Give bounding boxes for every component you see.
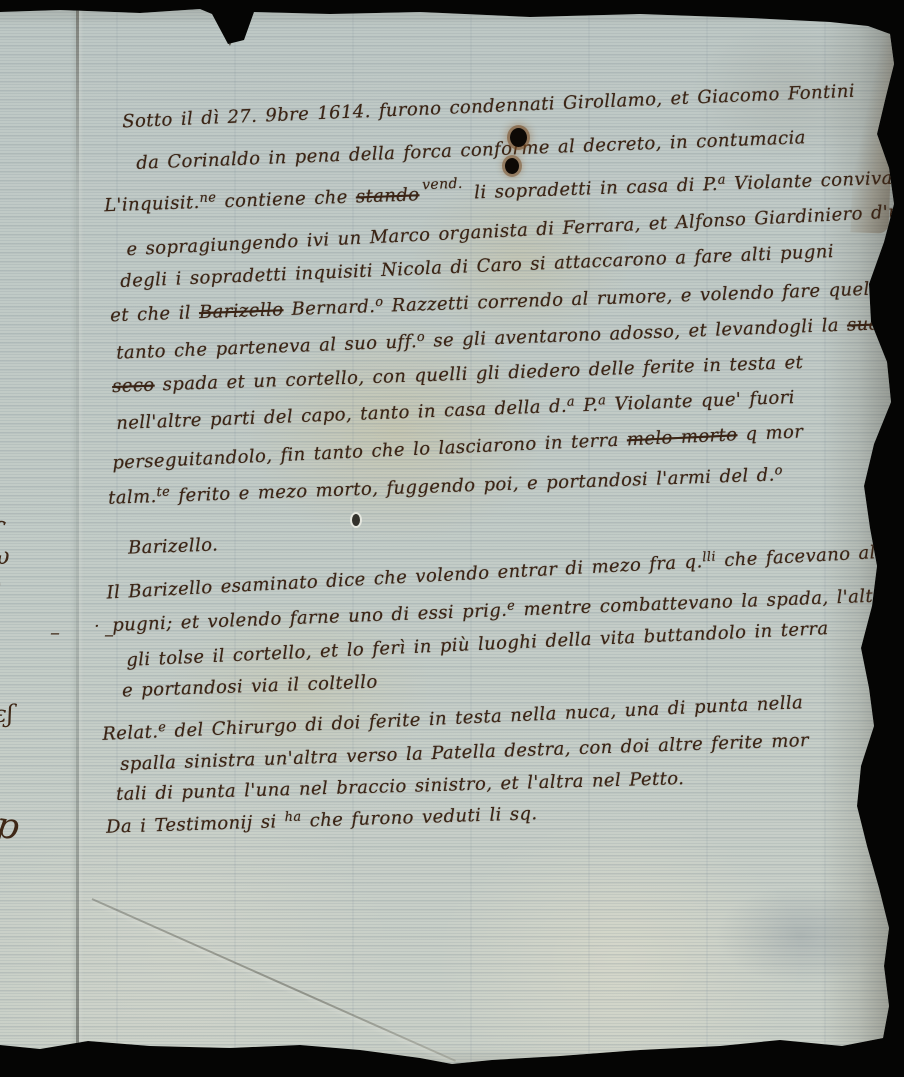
interlinear-insertion: o	[774, 463, 783, 478]
handwriting-text: Da i Testimonij si	[106, 811, 285, 838]
interlinear-insertion: e	[158, 720, 167, 735]
margin-fragment: –	[104, 622, 114, 646]
handwriting-text: spada et un cortello, con quelli gli die…	[154, 352, 803, 396]
margin-fragment: –	[50, 620, 60, 644]
handwriting-text: tanto che parteneva al suo uff.	[116, 331, 418, 364]
ink-burn-hole	[505, 158, 519, 174]
margin-fragment: )	[0, 569, 5, 600]
strikethrough-text: stando	[356, 184, 420, 207]
handwriting-text: che furono veduti li sq.	[301, 803, 538, 831]
small-paper-hole	[352, 514, 360, 526]
handwriting-text: li sopradetti in casa di P.	[466, 174, 719, 204]
handwriting-text: Violante convivasse	[726, 167, 904, 195]
strikethrough-text: seco	[112, 375, 155, 397]
handwriting-line: Sotto il dì 27. 9bre 1614. furono conden…	[122, 81, 855, 133]
handwriting-text: contiene che	[216, 187, 356, 213]
handwriting-text: se gli aventarono adosso, et levandogli …	[425, 315, 848, 352]
handwriting-text: perseguitandolo, fin tanto che lo lascia…	[112, 429, 627, 473]
ink-burn-hole	[510, 128, 527, 147]
margin-fragment: ɛʃ	[0, 700, 13, 728]
handwriting-text: pugni; et volendo farne uno di essi prig…	[112, 600, 508, 636]
interlinear-insertion: e	[507, 599, 516, 614]
interlinear-insertion: o	[375, 295, 384, 310]
handwriting-text: Violante que' fuori	[606, 387, 795, 415]
handwriting-line: da Corinaldo in pena della forca conform…	[136, 127, 806, 174]
handwriting-text: L'inquisit.	[104, 192, 200, 216]
handwriting-text: da Corinaldo in pena della forca conform…	[136, 127, 806, 174]
handwriting-text: Sotto il dì 27. 9bre 1614. furono conden…	[122, 81, 855, 133]
interlinear-insertion: o	[417, 330, 426, 345]
handwriting-text: Bernard.	[283, 296, 376, 320]
margin-fragment: p	[0, 805, 22, 849]
interlinear-insertion: ne	[199, 190, 216, 206]
manuscript-page: Sotto il dì 27. 9bre 1614. furono conden…	[0, 0, 904, 1077]
margin-fragment: ·	[94, 616, 100, 637]
handwriting-text: P.	[575, 395, 599, 417]
handwriting-line: talm.te ferito e mezo morto, fuggendo po…	[108, 464, 784, 509]
handwriting-text: mentre combattevano la spada, l'altro	[515, 585, 894, 620]
handwriting-line: Da i Testimonij si ha che furono veduti …	[106, 803, 538, 838]
handwriting-text: Barizello.	[128, 534, 219, 558]
handwriting-text: q mor	[737, 421, 804, 445]
interlinear-insertion: a	[567, 394, 576, 409]
strikethrough-text: Barizello	[199, 299, 284, 323]
margin-fragment: ω	[0, 542, 10, 570]
handwriting-text: tali di punta l'una nel braccio sinistro…	[116, 768, 685, 805]
handwriting-line: Barizello.	[128, 534, 219, 558]
handwriting-line: tali di punta l'una nel braccio sinistro…	[116, 768, 685, 805]
strikethrough-text: melo morto	[626, 424, 737, 450]
handwriting-text: talm.	[108, 486, 157, 509]
strikethrough-text: sua	[847, 313, 881, 335]
interlinear-insertion: vend.	[422, 176, 463, 193]
interlinear-insertion: lli	[702, 550, 716, 566]
handwriting-text: Razzetti correndo al rumore, e volendo f…	[383, 279, 870, 317]
handwriting-text: che facevano alli	[716, 542, 889, 572]
interlinear-insertion: a	[718, 173, 727, 188]
handwriting-text: et che il	[110, 302, 200, 326]
handwriting-text: Relat.	[102, 721, 159, 745]
interlinear-insertion: te	[156, 485, 170, 500]
handwriting-block: Sotto il dì 27. 9bre 1614. furono conden…	[0, 0, 904, 1077]
handwriting-text: ferito e mezo morto, fuggendo poi, e por…	[170, 465, 775, 507]
handwriting-text: nell'altre parti del capo, tanto in casa…	[116, 396, 568, 434]
interlinear-insertion: a	[598, 393, 607, 408]
manuscript-photo: Sotto il dì 27. 9bre 1614. furono conden…	[0, 0, 904, 1077]
handwriting-text: e portandosi via il coltello	[122, 672, 378, 702]
interlinear-insertion: ha	[284, 810, 301, 826]
handwriting-line: e portandosi via il coltello	[122, 672, 378, 702]
